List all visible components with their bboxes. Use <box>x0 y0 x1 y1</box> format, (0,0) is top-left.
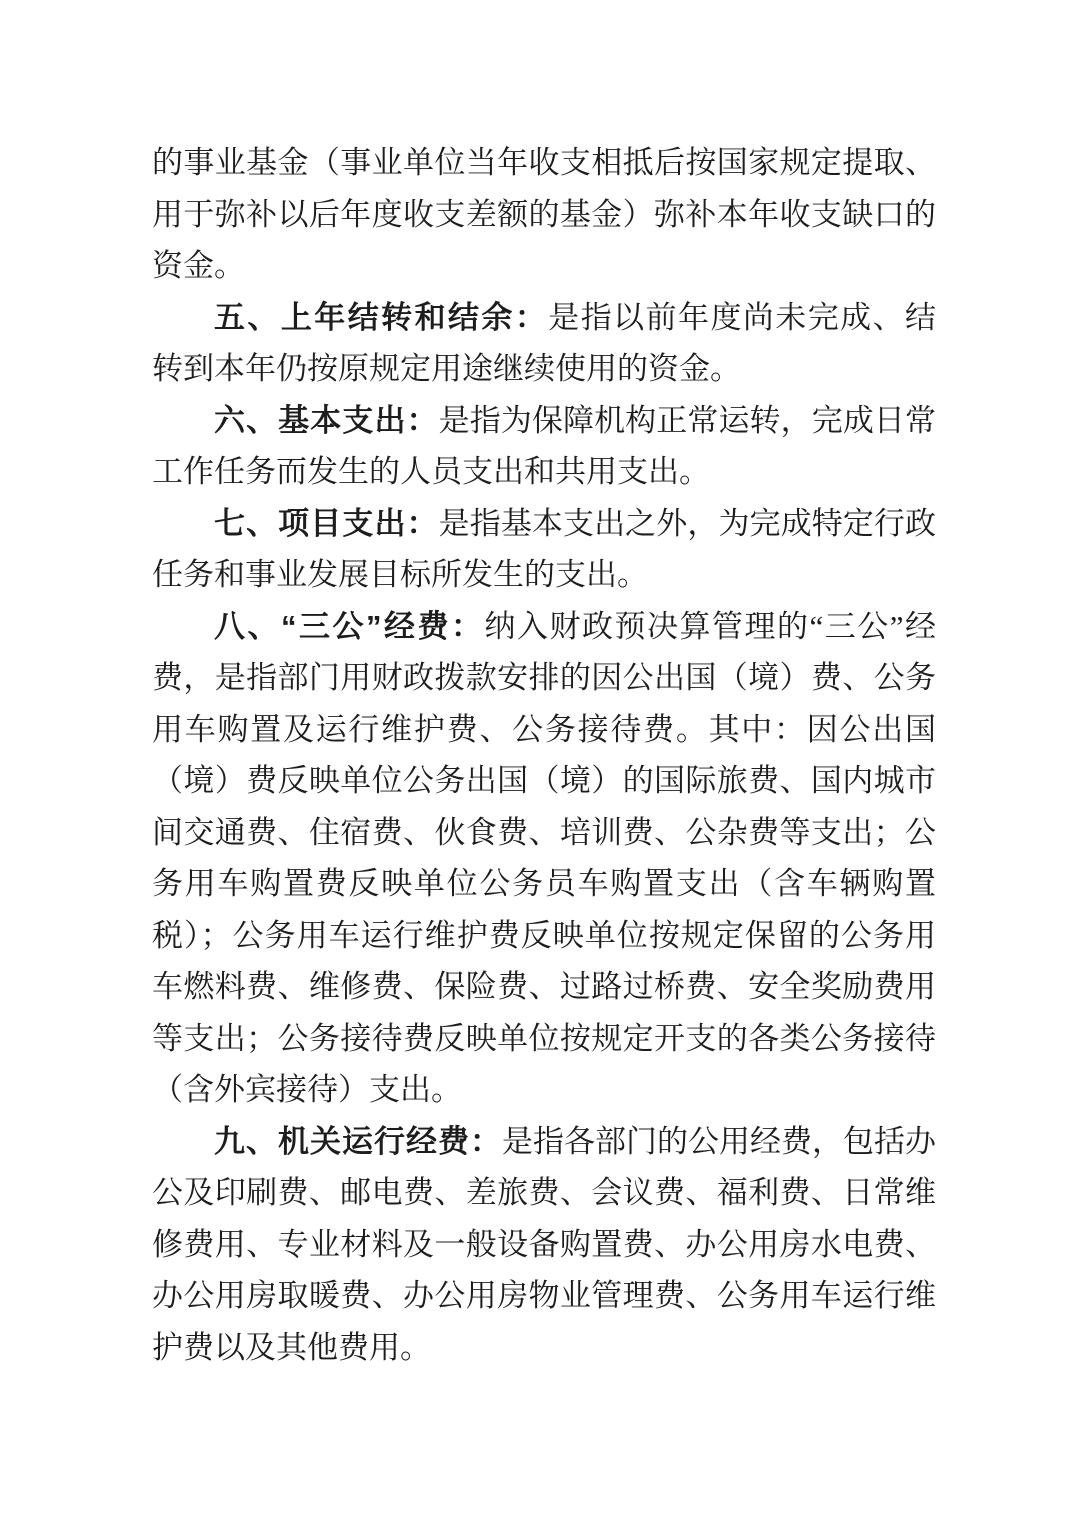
paragraph-heading: 九、机关运行经费： <box>214 1124 502 1159</box>
paragraph-item-6: 六、基本支出：是指为保障机构正常运转，完成日常工作任务而发生的人员支出和共用支出… <box>152 395 936 498</box>
paragraph-body: 是指各部门的公用经费，包括办公及印刷费、邮电费、差旅费、会议费、福利费、日常维修… <box>152 1124 936 1365</box>
paragraph-item-5: 五、上年结转和结余：是指以前年度尚未完成、结转到本年仍按原规定用途继续使用的资金… <box>152 292 936 395</box>
paragraph-heading: 五、上年结转和结余： <box>214 300 548 335</box>
paragraph-heading: 六、基本支出： <box>214 403 439 438</box>
paragraph-continuation: 的事业基金（事业单位当年收支相抵后按国家规定提取、用于弥补以后年度收支差额的基金… <box>152 137 936 292</box>
paragraph-item-9: 九、机关运行经费：是指各部门的公用经费，包括办公及印刷费、邮电费、差旅费、会议费… <box>152 1116 936 1374</box>
paragraph-item-8: 八、“三公”经费：纳入财政预决算管理的“三公”经费，是指部门用财政拨款安排的因公… <box>152 601 936 1116</box>
document-text-block: 的事业基金（事业单位当年收支相抵后按国家规定提取、用于弥补以后年度收支差额的基金… <box>152 137 936 1373</box>
paragraph-body: 的事业基金（事业单位当年收支相抵后按国家规定提取、用于弥补以后年度收支差额的基金… <box>152 145 936 283</box>
paragraph-item-7: 七、项目支出：是指基本支出之外，为完成特定行政任务和事业发展目标所发生的支出。 <box>152 498 936 601</box>
paragraph-heading: 八、“三公”经费： <box>214 609 485 644</box>
document-page: 的事业基金（事业单位当年收支相抵后按国家规定提取、用于弥补以后年度收支差额的基金… <box>0 0 1074 1520</box>
paragraph-heading: 七、项目支出： <box>214 506 439 541</box>
paragraph-body: 纳入财政预决算管理的“三公”经费，是指部门用财政拨款安排的因公出国（境）费、公务… <box>152 609 936 1108</box>
